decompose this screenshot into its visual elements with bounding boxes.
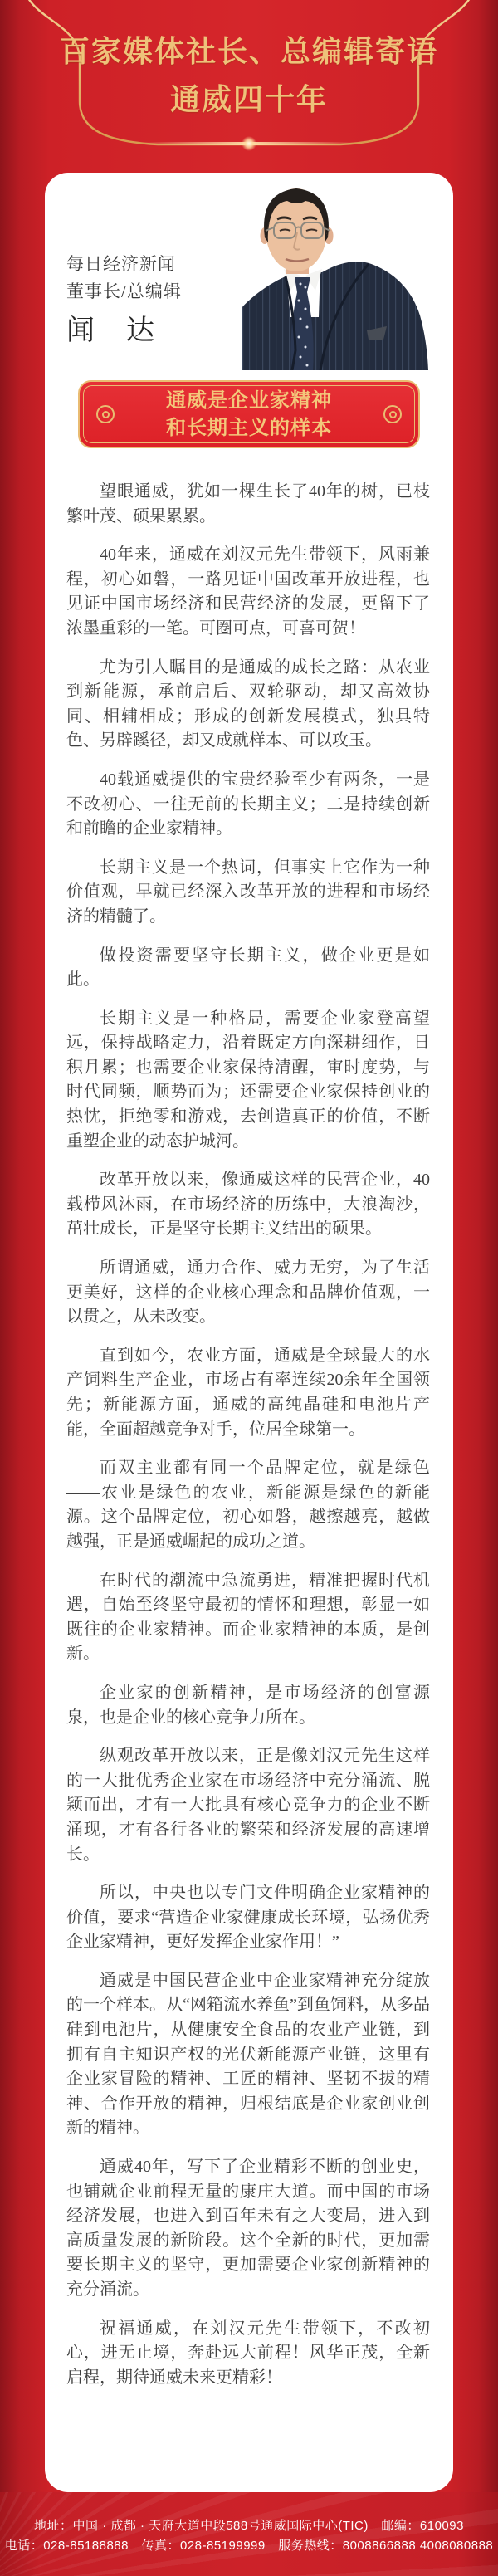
article-paragraph: 通威40年，写下了企业精彩不断的创业史，也铺就企业前程无量的康庄大道。而中国的市… [66,2155,430,2303]
profile-name: 闻 达 [66,307,156,348]
article-paragraph: 在时代的潮流中急流勇进，精准把握时代机遇，自始至终坚守最初的情怀和理想，彰显一如… [66,1569,430,1667]
article-paragraph: 做投资需要坚守长期主义，做企业更是如此。 [66,944,430,993]
article-paragraph: 长期主义是一种格局，需要企业家登高望远，保持战略定力，沿着既定方向深耕细作，日积… [66,1007,430,1155]
article-paragraph: 40载通威提供的宝贵经验至少有两条，一是不改初心、一往无前的长期主义；二是持续创… [66,768,430,842]
article-paragraph: 长期主义是一个热词，但事实上它作为一种价值观，早就已经深入改革开放的进程和市场经… [66,856,430,930]
article-paragraph: 40年来，通威在刘汉元先生带领下，风雨兼程，初心如磐，一路见证中国改革开放进程，… [66,543,430,641]
article-paragraph: 所以，中央也以专门文件明确企业家精神的价值，要求“营造企业家健康成长环境，弘扬优… [66,1881,430,1955]
article-paragraph: 通威是中国民营企业中企业家精神充分绽放的一个样本。从“网箱流水养鱼”到鱼饲料，从… [66,1969,430,2141]
quote-banner: 通威是企业家精神 和长期主义的样本 [78,380,420,448]
header: 百家媒体社长、总编辑寄语 通威四十年 [0,0,498,173]
quote-line2: 和长期主义的样本 [80,415,418,442]
page-title-line2: 通威四十年 [0,76,498,119]
article-paragraph: 企业家的创新精神，是市场经济的创富源泉，也是企业的核心竞争力所在。 [66,1681,430,1730]
footer-address-line: 地址：中国 · 成都 · 天府大道中段588号通威国际中心(TIC) 邮编：61… [0,2516,498,2536]
article: 望眼通威，犹如一棵生长了40年的树，已枝繁叶茂、硕果累累。40年来，通威在刘汉元… [66,480,430,2404]
quote-text: 通威是企业家精神 和长期主义的样本 [80,388,418,442]
article-paragraph: 望眼通威，犹如一棵生长了40年的树，已枝繁叶茂、硕果累累。 [66,480,430,529]
profile-role: 董事长/总编辑 [66,278,182,303]
footer-contact-line: 电话：028-85188888 传真：028-85199999 服务热线：800… [0,2536,498,2556]
article-paragraph: 直到如今，农业方面，通威是全球最大的水产饲料生产企业，市场占有率连续20余年全国… [66,1344,430,1442]
article-paragraph: 纵观改革开放以来，正是像刘汉元先生这样的一大批优秀企业家在市场经济中充分涌流、脱… [66,1744,430,1867]
portrait-photo [242,184,447,370]
footer: 地址：中国 · 成都 · 天府大道中段588号通威国际中心(TIC) 邮编：61… [0,2492,498,2576]
quote-line1: 通威是企业家精神 [80,388,418,415]
content-card: 每日经济新闻 董事长/总编辑 闻 达 通威是企业家精神 和长期主义的样本 望眼通… [45,173,453,2492]
profile-org: 每日经济新闻 [66,251,176,276]
article-paragraph: 所谓通威，通力合作、威力无穷，为了生活更美好，这样的企业核心理念和品牌价值观，一… [66,1256,430,1330]
article-paragraph: 祝福通威，在刘汉元先生带领下，不改初心，进无止境，奔赴远大前程！风华正茂，全新启… [66,2317,430,2391]
article-paragraph: 而双主业都有同一个品牌定位，就是绿色——农业是绿色的农业，新能源是绿色的新能源。… [66,1456,430,1554]
article-paragraph: 改革开放以来，像通威这样的民营企业，40载栉风沐雨，在市场经济的历练中，大浪淘沙… [66,1168,430,1242]
article-paragraph: 尤为引人瞩目的是通威的成长之路：从农业到新能源，承前启后、双轮驱动，却又高效协同… [66,656,430,754]
light-flare-core-icon [242,136,256,151]
page-background: { "header": { "title_line1": "百家媒体社长、总编辑… [0,0,498,2576]
page-title-line1: 百家媒体社长、总编辑寄语 [0,28,498,71]
